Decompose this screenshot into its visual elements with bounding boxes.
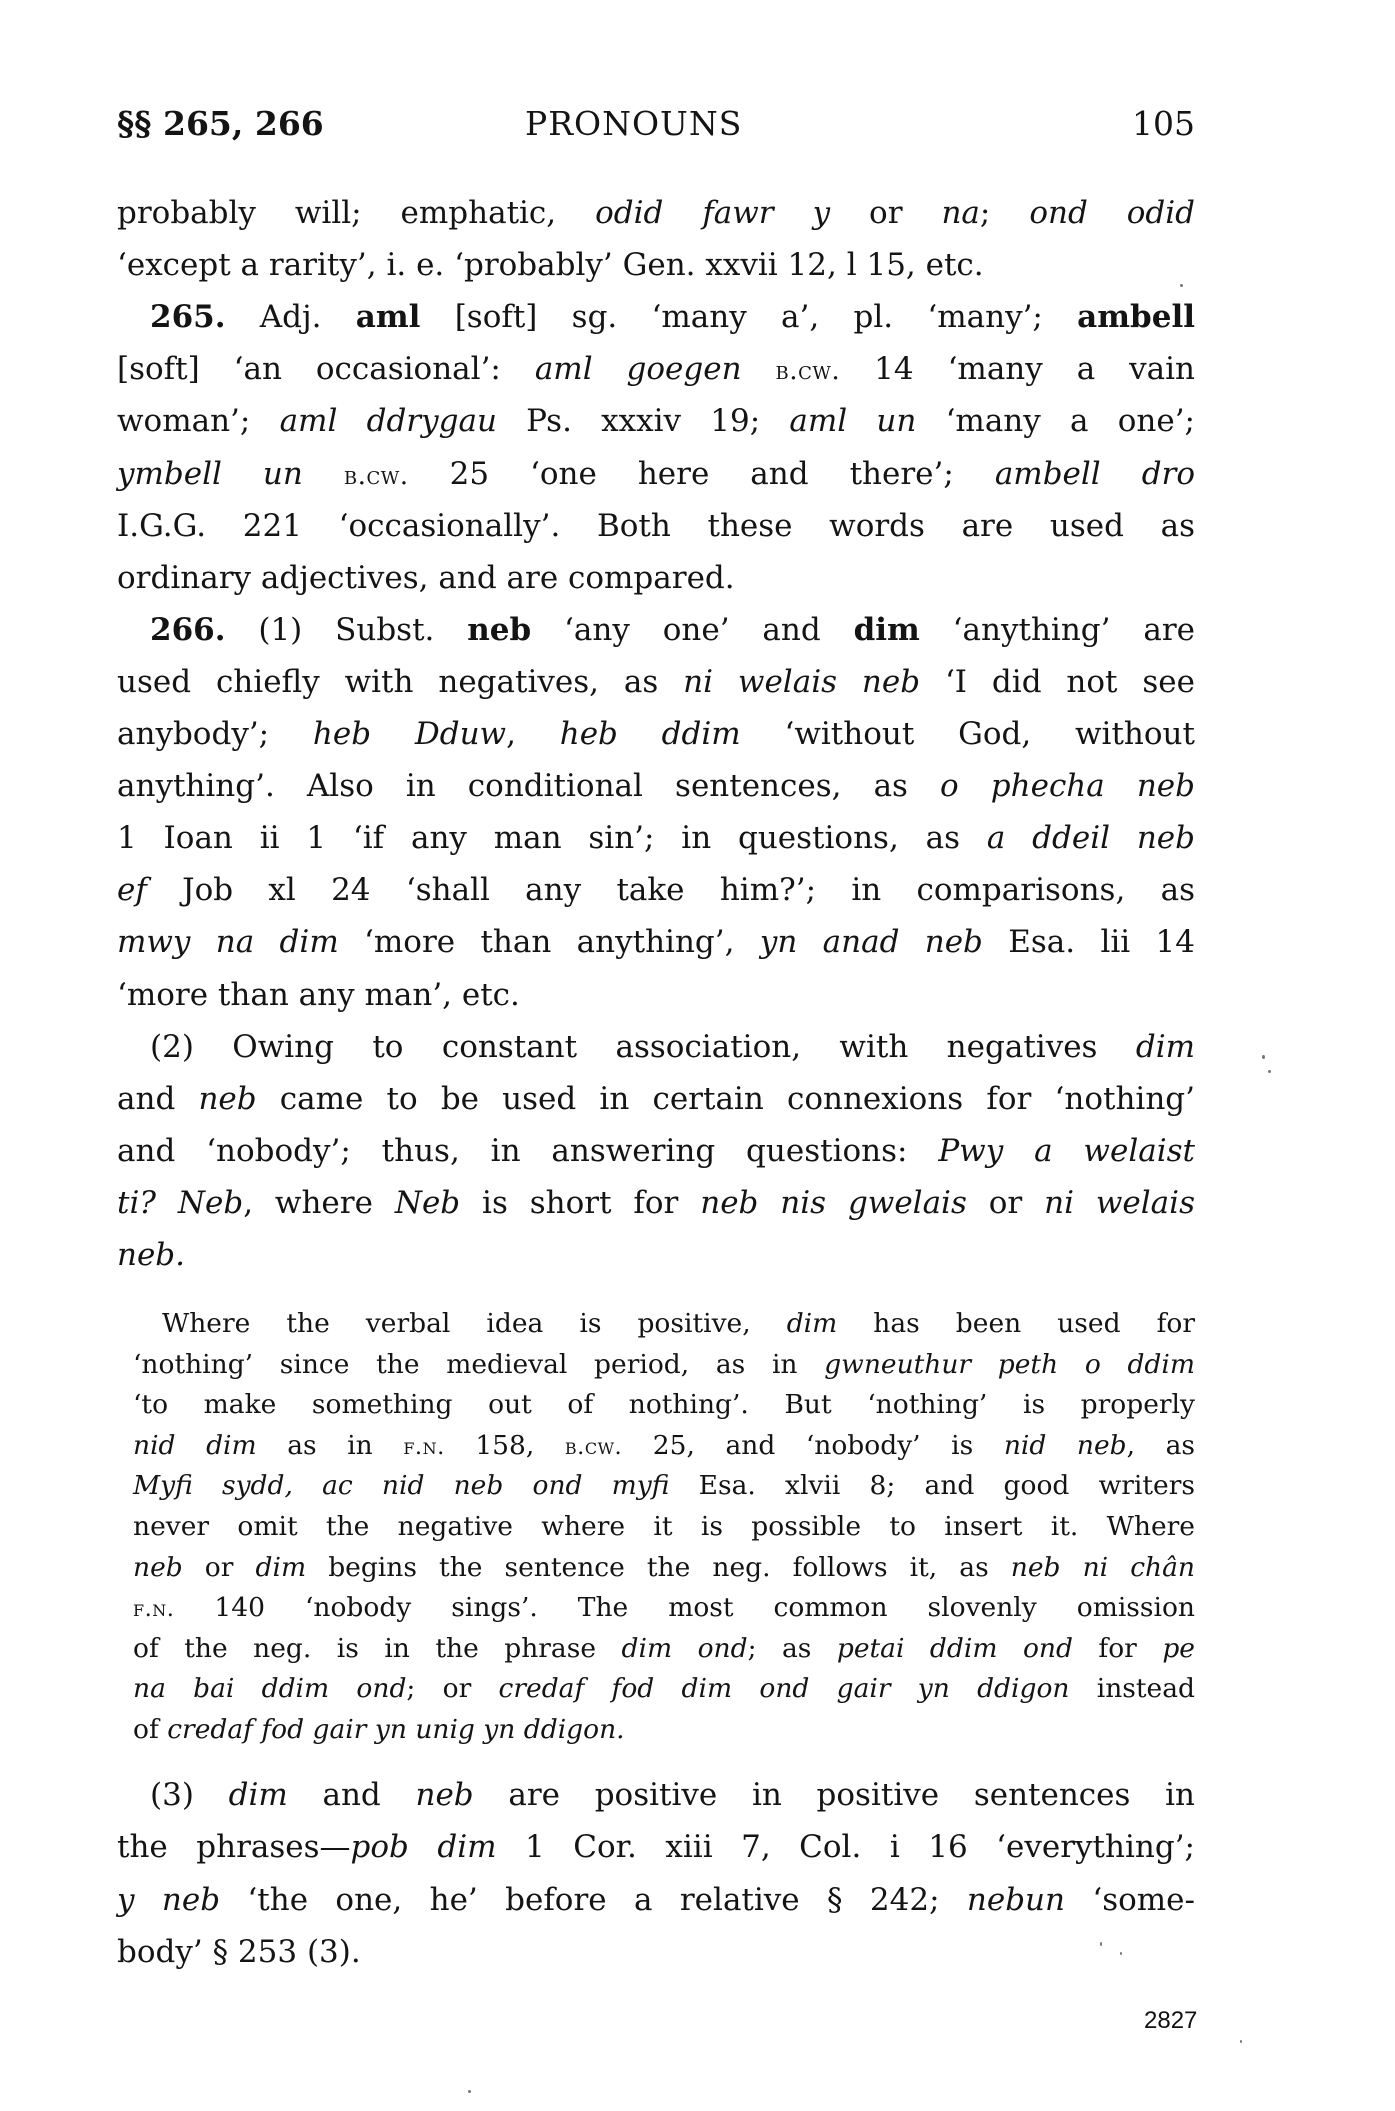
welsh-example: heb Dduw <box>313 716 506 752</box>
text-line: ‘nothing’ since the medieval period, as … <box>133 1347 1195 1383</box>
text-line: neb. <box>117 1235 1195 1275</box>
headword: neb <box>467 612 531 648</box>
headword: dim <box>854 612 920 648</box>
text-span: used chiefly with negatives, as <box>117 664 683 700</box>
text-line: anything’. Also in conditional sentences… <box>117 766 1195 806</box>
welsh-example: ni welais neb <box>683 664 920 700</box>
text-span <box>156 1185 178 1221</box>
scan-speck <box>468 2090 471 2093</box>
text-span: ‘any one’ and <box>531 612 853 648</box>
text-span: 25, and ‘nobody’ is <box>622 1430 1004 1461</box>
text-span: Esa. xlvii 8; and good writers <box>669 1470 1195 1501</box>
text-span <box>303 456 344 492</box>
welsh-example: pe <box>1162 1633 1195 1664</box>
welsh-example: pob dim <box>351 1829 497 1865</box>
text-span: has been used for <box>837 1308 1195 1339</box>
text-span: [soft] sg. ‘many a’, pl. ‘many’; <box>420 299 1077 335</box>
chapter-title: PRONOUNS <box>525 102 742 146</box>
welsh-example: ymbell un <box>117 456 303 492</box>
text-span: (3) <box>150 1777 229 1813</box>
source-abbrev: b.cw. <box>565 1434 622 1460</box>
welsh-example: mwy na dim <box>117 924 339 960</box>
welsh-example: y neb <box>117 1882 220 1918</box>
welsh-example: gwneuthur peth o ddim <box>824 1349 1195 1380</box>
welsh-example: ond odid <box>1029 195 1195 231</box>
page-number: 105 <box>1132 102 1195 146</box>
text-span: Adj. <box>226 299 356 335</box>
text-line: of credaf fod gair yn unig yn ddigon. <box>133 1712 1195 1748</box>
text-span: 1 Cor. xiii 7, Col. i 16 ‘everything’; <box>497 1829 1195 1865</box>
welsh-example: petai ddim ond <box>837 1633 1073 1664</box>
text-span: and <box>288 1777 416 1813</box>
welsh-example: aml ddrygau <box>280 403 497 439</box>
welsh-example: dim ond <box>622 1633 748 1664</box>
text-span: of <box>133 1714 167 1745</box>
welsh-example: neb <box>133 1552 183 1583</box>
welsh-example: credaf fod gair yn unig yn ddigon. <box>167 1714 624 1745</box>
book-page: §§ 265, 266 PRONOUNS 105 probably will; … <box>0 0 1395 2111</box>
text-span: (2) Owing to constant association, with … <box>150 1029 1136 1065</box>
welsh-example: ni welais <box>1044 1185 1195 1221</box>
welsh-example: neb <box>415 1777 473 1813</box>
text-line: ‘except a rarity’, i. e. ‘probably’ Gen.… <box>117 245 1195 285</box>
scan-speck <box>1262 1055 1265 1059</box>
text-span: 158, <box>445 1430 565 1461</box>
source-abbrev: f.n. <box>133 1596 174 1622</box>
welsh-example: odid fawr y <box>595 195 830 231</box>
text-line: mwy na dim ‘more than anything’, yn anad… <box>117 922 1195 962</box>
text-span: 1 Ioan ii 1 ‘if any man sin’; in questio… <box>117 820 987 856</box>
text-span: ‘the one, he’ before a relative § 242; <box>220 1882 967 1918</box>
headword: aml <box>356 299 421 335</box>
text-line: ‘to make something out of nothing’. But … <box>133 1387 1195 1423</box>
text-span: 140 ‘nobody sings’. The most common slov… <box>174 1592 1195 1623</box>
scan-speck <box>1180 284 1183 287</box>
welsh-example: dim <box>787 1308 838 1339</box>
section-numbers: §§ 265, 266 <box>117 102 324 146</box>
text-line: and ‘nobody’; thus, in answering questio… <box>117 1131 1195 1171</box>
text-span: Esa. lii 14 <box>983 924 1195 960</box>
welsh-example: a ddeil neb <box>987 820 1195 856</box>
text-line: woman’; aml ddrygau Ps. xxxiv 19; aml un… <box>117 401 1195 441</box>
text-span: or <box>967 1185 1044 1221</box>
text-span: or <box>183 1552 256 1583</box>
text-line: nid dim as in f.n. 158, b.cw. 25, and ‘n… <box>133 1428 1195 1464</box>
text-span: ‘more than anything’, <box>339 924 760 960</box>
headword: ambell <box>1077 299 1195 335</box>
welsh-example: ef <box>117 872 147 908</box>
text-span <box>742 351 776 387</box>
welsh-example: neb <box>198 1081 256 1117</box>
text-span: (1) Subst. <box>226 612 468 648</box>
welsh-example: ti? <box>117 1185 156 1221</box>
welsh-example: ambell dro <box>995 456 1195 492</box>
scan-speck <box>1268 1070 1271 1073</box>
welsh-example: Pwy a welaist <box>938 1133 1195 1169</box>
text-line: y neb ‘the one, he’ before a relative § … <box>117 1880 1195 1920</box>
text-span: is short for <box>460 1185 700 1221</box>
text-span: body’ § 253 (3). <box>117 1934 361 1970</box>
text-span: probably will; emphatic, <box>117 195 595 231</box>
welsh-example: nid dim <box>133 1430 257 1461</box>
text-span: ‘nothing’ since the medieval period, as … <box>133 1349 824 1380</box>
welsh-example: neb ni chân <box>1011 1552 1195 1583</box>
text-line: ‘more than any man’, etc. <box>117 975 1195 1015</box>
text-span: instead <box>1069 1673 1195 1704</box>
text-line: ti? Neb, where Neb is short for neb nis … <box>117 1183 1195 1223</box>
welsh-example: credaf fod dim ond gair yn ddigon <box>499 1673 1070 1704</box>
welsh-example: aml goegen <box>535 351 742 387</box>
text-span: anything’. Also in conditional sentences… <box>117 768 940 804</box>
text-span: , where <box>243 1185 395 1221</box>
text-span: the phrases— <box>117 1829 351 1865</box>
text-line: (3) dim and neb are positive in positive… <box>150 1775 1195 1815</box>
welsh-example: na <box>941 195 979 231</box>
text-span: begins the sentence the neg. follows it,… <box>306 1552 1011 1583</box>
welsh-example: na bai ddim ond <box>133 1673 406 1704</box>
welsh-example: nebun <box>967 1882 1065 1918</box>
welsh-example: neb. <box>117 1237 185 1273</box>
text-line: never omit the negative where it is poss… <box>133 1509 1195 1545</box>
welsh-example: o phecha neb <box>940 768 1195 804</box>
scan-speck <box>1100 1942 1102 1946</box>
text-line: (2) Owing to constant association, with … <box>150 1027 1195 1067</box>
text-line: body’ § 253 (3). <box>117 1932 1195 1972</box>
text-line: 266. (1) Subst. neb ‘any one’ and dim ‘a… <box>150 610 1195 650</box>
text-line: [soft] ‘an occasional’: aml goegen b.cw.… <box>117 349 1195 389</box>
welsh-example: neb nis gwelais <box>700 1185 967 1221</box>
text-span: ‘I did not see <box>920 664 1195 700</box>
text-line: 265. Adj. aml [soft] sg. ‘many a’, pl. ‘… <box>150 297 1195 337</box>
text-line: of the neg. is in the phrase dim ond; as… <box>133 1631 1195 1667</box>
text-line: the phrases—pob dim 1 Cor. xiii 7, Col. … <box>117 1827 1195 1867</box>
text-span: 25 ‘one here and there’; <box>409 456 995 492</box>
text-span: and ‘nobody’; thus, in answering questio… <box>117 1133 938 1169</box>
text-line: Where the verbal idea is positive, dim h… <box>162 1306 1195 1342</box>
welsh-example: Neb <box>178 1185 243 1221</box>
text-span: ordinary adjectives, and are compared. <box>117 560 735 596</box>
source-abbrev: b.cw. <box>344 461 409 491</box>
welsh-example: Myfi sydd, ac nid neb ond myfi <box>133 1470 669 1501</box>
text-span: ‘without God, without <box>741 716 1195 752</box>
text-line: and neb came to be used in certain conne… <box>117 1079 1195 1119</box>
text-span: as in <box>257 1430 404 1461</box>
welsh-example: Neb <box>395 1185 460 1221</box>
text-line: 1 Ioan ii 1 ‘if any man sin’; in questio… <box>117 818 1195 858</box>
text-span: I.G.G. 221 ‘occasionally’. Both these wo… <box>117 508 1195 544</box>
text-line: I.G.G. 221 ‘occasionally’. Both these wo… <box>117 506 1195 546</box>
text-span: ‘more than any man’, etc. <box>117 977 520 1013</box>
welsh-example: heb ddim <box>560 716 741 752</box>
text-span: ; or <box>406 1673 498 1704</box>
welsh-example: dim <box>256 1552 307 1583</box>
headword: 265. <box>150 299 226 335</box>
scan-speck <box>1240 2040 1242 2043</box>
text-span: ‘to make something out of nothing’. But … <box>133 1389 1195 1420</box>
text-span: , <box>506 716 560 752</box>
text-span: or <box>830 195 941 231</box>
text-line: Myfi sydd, ac nid neb ond myfi Esa. xlvi… <box>133 1468 1195 1504</box>
text-span: ‘many a one’; <box>916 403 1195 439</box>
text-span: Ps. xxxiv 19; <box>497 403 789 439</box>
text-line: f.n. 140 ‘nobody sings’. The most common… <box>133 1590 1195 1626</box>
text-line: na bai ddim ond; or credaf fod dim ond g… <box>133 1671 1195 1707</box>
text-line: anybody’; heb Dduw, heb ddim ‘without Go… <box>117 714 1195 754</box>
text-span: Where the verbal idea is positive, <box>162 1308 787 1339</box>
welsh-example: dim <box>229 1777 288 1813</box>
text-line: used chiefly with negatives, as ni welai… <box>117 662 1195 702</box>
source-abbrev: f.n. <box>403 1434 444 1460</box>
text-line: probably will; emphatic, odid fawr y or … <box>117 193 1195 233</box>
text-span: for <box>1073 1633 1162 1664</box>
text-line: neb or dim begins the sentence the neg. … <box>133 1550 1195 1586</box>
text-line: ordinary adjectives, and are compared. <box>117 558 1195 598</box>
scan-speck <box>1120 1952 1122 1955</box>
text-span: ‘some- <box>1065 1882 1195 1918</box>
text-span: ‘except a rarity’, i. e. ‘probably’ Gen.… <box>117 247 984 283</box>
source-abbrev: b.cw. <box>776 356 841 386</box>
text-span: , as <box>1127 1430 1195 1461</box>
running-head: §§ 265, 266 PRONOUNS 105 <box>117 102 1195 146</box>
text-span: came to be used in certain connexions fo… <box>257 1081 1195 1117</box>
text-span: are positive in positive sentences in <box>474 1777 1195 1813</box>
text-line: ymbell un b.cw. 25 ‘one here and there’;… <box>117 454 1195 494</box>
welsh-example: dim <box>1136 1029 1195 1065</box>
welsh-example: nid neb <box>1004 1430 1127 1461</box>
headword: 266. <box>150 612 226 648</box>
welsh-example: aml un <box>789 403 916 439</box>
text-span: of the neg. is in the phrase <box>133 1633 622 1664</box>
text-span: anybody’; <box>117 716 313 752</box>
text-span: ‘anything’ are <box>920 612 1195 648</box>
text-span: woman’; <box>117 403 280 439</box>
welsh-example: yn anad neb <box>760 924 983 960</box>
text-span: and <box>117 1081 198 1117</box>
text-line: ef Job xl 24 ‘shall any take him?’; in c… <box>117 870 1195 910</box>
text-span: 14 ‘many a vain <box>840 351 1195 387</box>
scan-folio-number: 2827 <box>1144 2007 1197 2035</box>
text-span: Job xl 24 ‘shall any take him?’; in comp… <box>147 872 1195 908</box>
text-span: ; as <box>748 1633 837 1664</box>
text-span: [soft] ‘an occasional’: <box>117 351 535 387</box>
text-span: ; <box>980 195 1029 231</box>
text-span: never omit the negative where it is poss… <box>133 1511 1195 1542</box>
